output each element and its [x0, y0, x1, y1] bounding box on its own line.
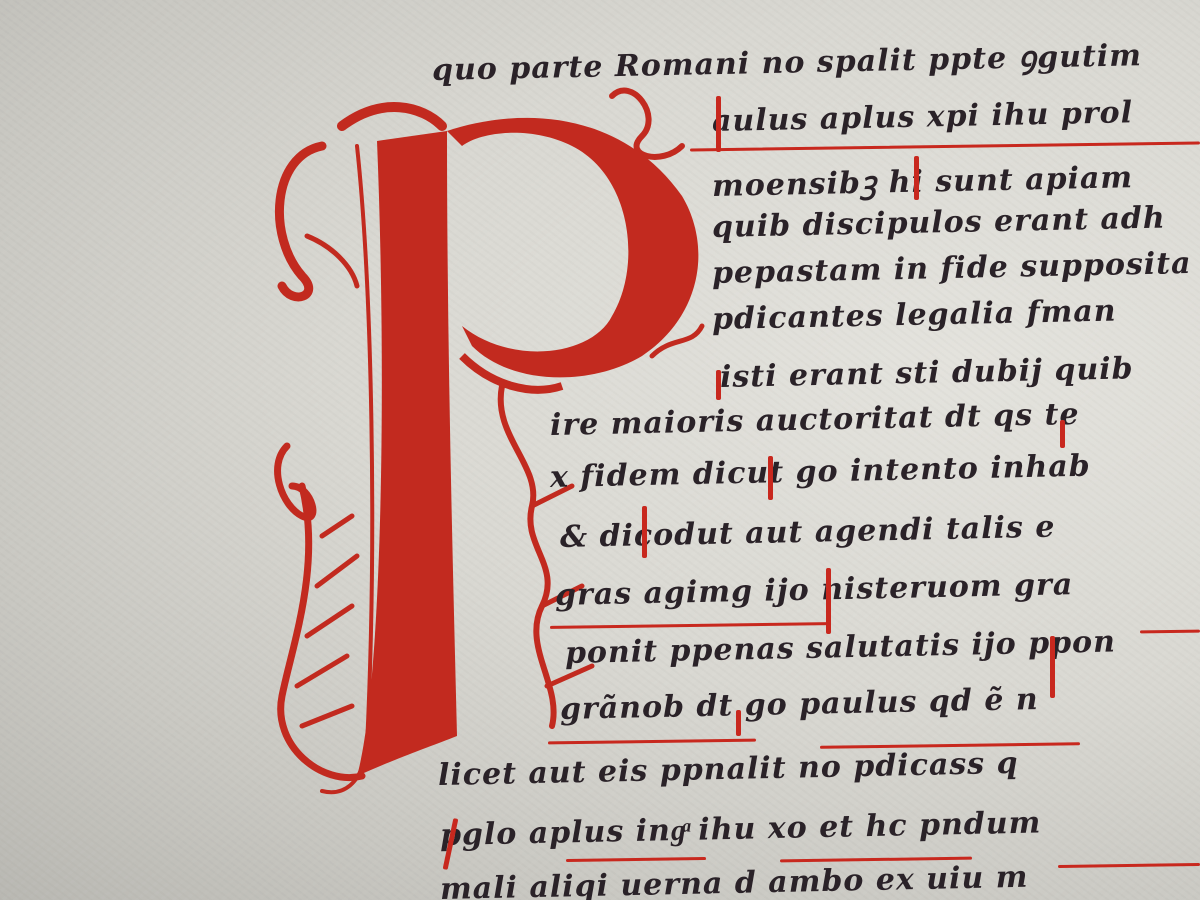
rubric-stroke — [716, 370, 721, 400]
rubric-stroke — [914, 156, 919, 200]
rubric-stroke — [1060, 420, 1065, 448]
rubric-stroke — [716, 96, 721, 152]
rubric-stroke — [736, 710, 741, 736]
rubric-stroke — [1050, 636, 1055, 698]
rubric-stroke — [768, 456, 773, 500]
rubric-stroke — [642, 506, 647, 558]
manuscript-page: quo parte Romani no spalit ppte ꝯgutim a… — [0, 0, 1200, 900]
